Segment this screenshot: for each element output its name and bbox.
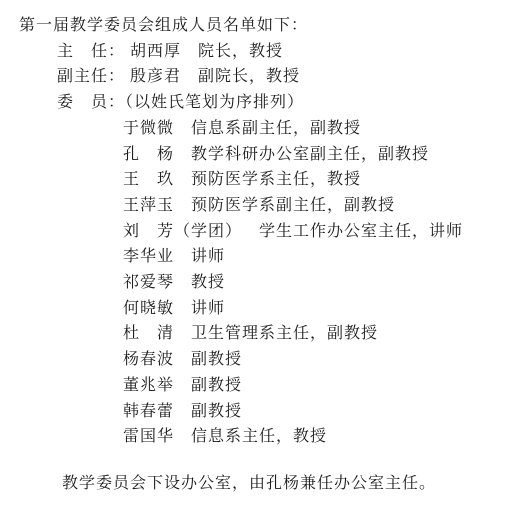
- member-name: 何晓敏: [123, 296, 174, 322]
- member-name: 杨春波: [123, 347, 174, 373]
- role-value: 胡西厚 院长，教授: [125, 43, 283, 60]
- member-name: 祁爱琴: [123, 270, 174, 296]
- member-name: 王 玖: [123, 167, 174, 193]
- member-row: 李华业讲师: [19, 244, 506, 270]
- member-name: 于微微: [123, 116, 174, 142]
- member-name: 雷国华: [123, 424, 174, 450]
- member-name: 刘 芳（学团）: [123, 219, 242, 245]
- member-row: 何晓敏讲师: [19, 296, 506, 322]
- role-value: 殷彦君 副院长，教授: [125, 68, 300, 85]
- member-row: 刘 芳（学团）学生工作办公室主任，讲师: [19, 219, 506, 245]
- role-row-director: 主 任： 胡西厚 院长，教授: [19, 39, 506, 65]
- member-title: 预防医学系主任，教授: [191, 171, 361, 188]
- document-page: 第一届教学委员会组成人员名单如下： 主 任： 胡西厚 院长，教授 副主任： 殷彦…: [0, 0, 514, 523]
- member-row: 杨春波副教授: [19, 347, 506, 373]
- member-title: 副教授: [191, 377, 242, 394]
- member-row: 王萍玉预防医学系副主任，副教授: [19, 193, 506, 219]
- member-row: 杜 清卫生管理系主任，副教授: [19, 321, 506, 347]
- member-title: 副教授: [191, 351, 242, 368]
- role-label: 委 员：: [57, 94, 125, 111]
- member-title: 学生工作办公室主任，讲师: [259, 223, 463, 240]
- member-title: 讲师: [191, 248, 225, 265]
- member-title: 信息系副主任，副教授: [191, 120, 361, 137]
- member-title: 信息系主任，教授: [191, 428, 327, 445]
- role-value: （以姓氏笔划为序排列）: [125, 94, 304, 111]
- document-title: 第一届教学委员会组成人员名单如下：: [19, 13, 506, 39]
- member-title: 副教授: [191, 403, 242, 420]
- member-name: 孔 杨: [123, 142, 174, 168]
- member-title: 预防医学系副主任，副教授: [191, 197, 395, 214]
- role-row-members-header: 委 员：（以姓氏笔划为序排列）: [19, 90, 506, 116]
- member-name: 杜 清: [123, 321, 174, 347]
- member-name: 韩春蕾: [123, 399, 174, 425]
- member-name: 王萍玉: [123, 193, 174, 219]
- member-row: 孔 杨教学科研办公室副主任，副教授: [19, 142, 506, 168]
- member-row: 王 玖预防医学系主任，教授: [19, 167, 506, 193]
- member-title: 讲师: [191, 300, 225, 317]
- member-row: 韩春蕾副教授: [19, 399, 506, 425]
- member-row: 董兆举副教授: [19, 373, 506, 399]
- member-row: 雷国华信息系主任，教授: [19, 424, 506, 450]
- member-title: 卫生管理系主任，副教授: [191, 325, 378, 342]
- member-title: 教授: [191, 274, 225, 291]
- role-row-deputy-director: 副主任： 殷彦君 副院长，教授: [19, 64, 506, 90]
- member-title: 教学科研办公室副主任，副教授: [191, 146, 429, 163]
- role-label: 主 任：: [57, 43, 125, 60]
- member-row: 于微微信息系副主任，副教授: [19, 116, 506, 142]
- member-row: 祁爱琴教授: [19, 270, 506, 296]
- member-name: 李华业: [123, 244, 174, 270]
- member-name: 董兆举: [123, 373, 174, 399]
- role-label: 副主任：: [57, 68, 125, 85]
- closing-note: 教学委员会下设办公室，由孔杨兼任办公室主任。: [19, 471, 506, 497]
